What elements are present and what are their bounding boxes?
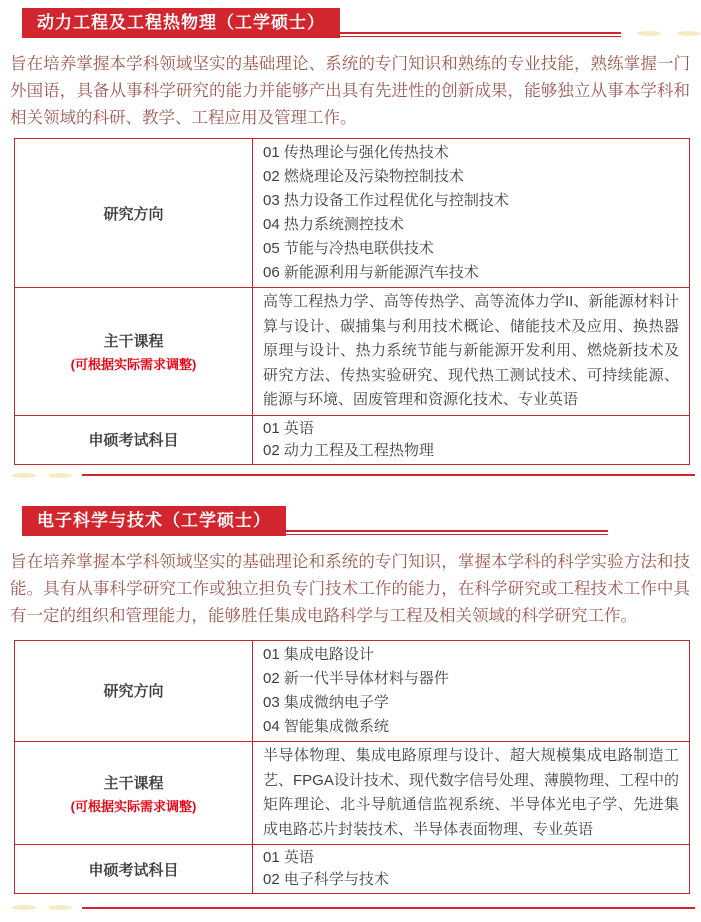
brush-smudge [12,905,36,910]
exam-subject-item: 01 英语 [263,847,679,869]
exam-subject-item: 02 电子科学与技术 [263,869,679,891]
program-intro-paragraph: 旨在培养掌握本学科领域坚实的基础理论和系统的专门知识，掌握本学科的科学实验方法和… [10,549,690,630]
brush-smudge [48,473,72,478]
research-direction-item: 05 节能与冷热电联供技术 [263,237,679,261]
row-label-exam-subjects: 申硕考试科目 [15,415,253,464]
exam-subjects-cell: 01 英语 02 电子科学与技术 [253,845,690,894]
banner-underline [286,530,608,535]
section-header-electronic-science: 电子科学与技术（工学硕士） [22,506,701,536]
research-direction-item: 03 集成微纳电子学 [263,691,679,715]
brush-smudge [12,473,36,478]
research-direction-item: 06 新能源利用与新能源汽车技术 [263,261,679,285]
research-direction-item: 01 传热理论与强化传热技术 [263,141,679,165]
article-page: 动力工程及工程热物理（工学硕士） 旨在培养掌握本学科领域坚实的基础理论、系统的专… [0,0,701,922]
research-direction-item: 04 智能集成微系统 [263,715,679,739]
banner-underline [340,32,621,37]
core-courses-text: 高等工程热力学、高等传热学、高等流体力学II、新能源材料计算与设计、碳捕集与利用… [263,290,679,413]
program-info-table: 研究方向 01 传热理论与强化传热技术 02 燃烧理论及污染物控制技术 03 热… [14,138,690,465]
exam-subject-item: 02 动力工程及工程热物理 [263,440,679,462]
row-label-research-directions: 研究方向 [15,139,253,288]
adjustable-note: (可根据实际需求调整) [16,354,251,373]
table-row-research-directions: 研究方向 01 传热理论与强化传热技术 02 燃烧理论及污染物控制技术 03 热… [15,139,690,288]
row-label-core-courses: 主干课程 (可根据实际需求调整) [15,288,253,416]
research-direction-item: 02 新一代半导体材料与器件 [263,667,679,691]
core-courses-cell: 高等工程热力学、高等传热学、高等流体力学II、新能源材料计算与设计、碳捕集与利用… [253,288,690,416]
row-label-research-directions: 研究方向 [15,640,253,741]
table-row-research-directions: 研究方向 01 集成电路设计 02 新一代半导体材料与器件 03 集成微纳电子学… [15,640,690,741]
section-divider [0,471,701,480]
exam-subjects-cell: 01 英语 02 动力工程及工程热物理 [253,415,690,464]
program-title-banner: 动力工程及工程热物理（工学硕士） [22,8,340,38]
section-header-power-engineering: 动力工程及工程热物理（工学硕士） [22,8,701,38]
table-row-exam-subjects: 申硕考试科目 01 英语 02 电子科学与技术 [15,845,690,894]
exam-subject-item: 01 英语 [263,418,679,440]
research-direction-item: 01 集成电路设计 [263,643,679,667]
program-intro-paragraph: 旨在培养掌握本学科领域坚实的基础理论、系统的专门知识和熟练的专业技能，熟练掌握一… [10,51,690,132]
research-direction-item: 02 燃烧理论及污染物控制技术 [263,165,679,189]
research-direction-item: 04 热力系统测控技术 [263,213,679,237]
table-row-core-courses: 主干课程 (可根据实际需求调整) 半导体物理、集成电路原理与设计、超大规模集成电… [15,741,690,844]
core-courses-cell: 半导体物理、集成电路原理与设计、超大规模集成电路制造工艺、FPGA设计技术、现代… [253,741,690,844]
divider-line [82,474,695,476]
program-title-banner: 电子科学与技术（工学硕士） [22,506,286,536]
row-label-exam-subjects: 申硕考试科目 [15,845,253,894]
brush-smudge [677,31,701,36]
core-courses-text: 半导体物理、集成电路原理与设计、超大规模集成电路制造工艺、FPGA设计技术、现代… [263,744,679,842]
table-row-exam-subjects: 申硕考试科目 01 英语 02 动力工程及工程热物理 [15,415,690,464]
divider-line [82,907,695,909]
section-divider [0,903,701,912]
core-courses-label: 主干课程 [16,330,251,351]
brush-smudge [637,31,661,36]
adjustable-note: (可根据实际需求调整) [16,796,251,815]
program-info-table: 研究方向 01 集成电路设计 02 新一代半导体材料与器件 03 集成微纳电子学… [14,640,690,894]
row-label-core-courses: 主干课程 (可根据实际需求调整) [15,741,253,844]
research-directions-cell: 01 传热理论与强化传热技术 02 燃烧理论及污染物控制技术 03 热力设备工作… [253,139,690,288]
core-courses-label: 主干课程 [16,772,251,793]
research-directions-cell: 01 集成电路设计 02 新一代半导体材料与器件 03 集成微纳电子学 04 智… [253,640,690,741]
table-row-core-courses: 主干课程 (可根据实际需求调整) 高等工程热力学、高等传热学、高等流体力学II、… [15,288,690,416]
brush-smudge [48,905,72,910]
research-direction-item: 03 热力设备工作过程优化与控制技术 [263,189,679,213]
